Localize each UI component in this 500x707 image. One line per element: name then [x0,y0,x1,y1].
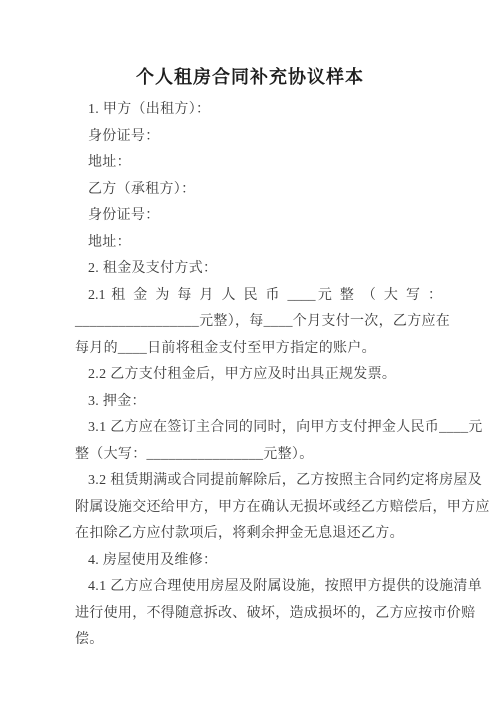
document-line: 地址： [75,230,442,257]
document-line: 在扣除乙方应付款项后，将剩余押金无息退还乙方。 [75,521,442,548]
document-line: 4.1 乙方应合理使用房屋及附属设施，按照甲方提供的设施清单 [75,574,442,601]
document-title: 个人租房合同补充协议样本 [0,0,500,88]
document-line: 3.1 乙方应在签订主合同的同时，向甲方支付押金人民币____元 [75,415,442,442]
document-line: 2. 租金及支付方式： [75,256,442,283]
document-line: 偿。 [75,627,442,654]
document-line: _________________元整），每____个月支付一次，乙方应在 [75,309,442,336]
document-line: 2.1 租 金 为 每 月 人 民 币 ____元 整 （ 大 写 ： [75,283,442,310]
document-line: 身份证号： [75,124,442,151]
document-line: 整（大写：________________元整）。 [75,442,442,469]
document-line: 1. 甲方（出租方）： [75,97,442,124]
document-line: 附属设施交还给甲方，甲方在确认无损坏或经乙方赔偿后，甲方应 [75,495,442,522]
document-line: 身份证号： [75,203,442,230]
document-line: 3.2 租赁期满或合同提前解除后，乙方按照主合同约定将房屋及 [75,468,442,495]
document-line: 每月的____日前将租金支付至甲方指定的账户。 [75,336,442,363]
document-line: 乙方（承租方）： [75,177,442,204]
document-line: 地址： [75,150,442,177]
document-line: 4. 房屋使用及维修： [75,548,442,575]
document-line: 2.2 乙方支付租金后，甲方应及时出具正规发票。 [75,362,442,389]
document-page: 个人租房合同补充协议样本 1. 甲方（出租方）：身份证号：地址：乙方（承租方）：… [0,0,500,707]
document-body: 1. 甲方（出租方）：身份证号：地址：乙方（承租方）：身份证号：地址：2. 租金… [0,97,500,654]
document-line: 3. 押金： [75,389,442,416]
document-line: 进行使用，不得随意拆改、破坏，造成损坏的，乙方应按市价赔 [75,601,442,628]
